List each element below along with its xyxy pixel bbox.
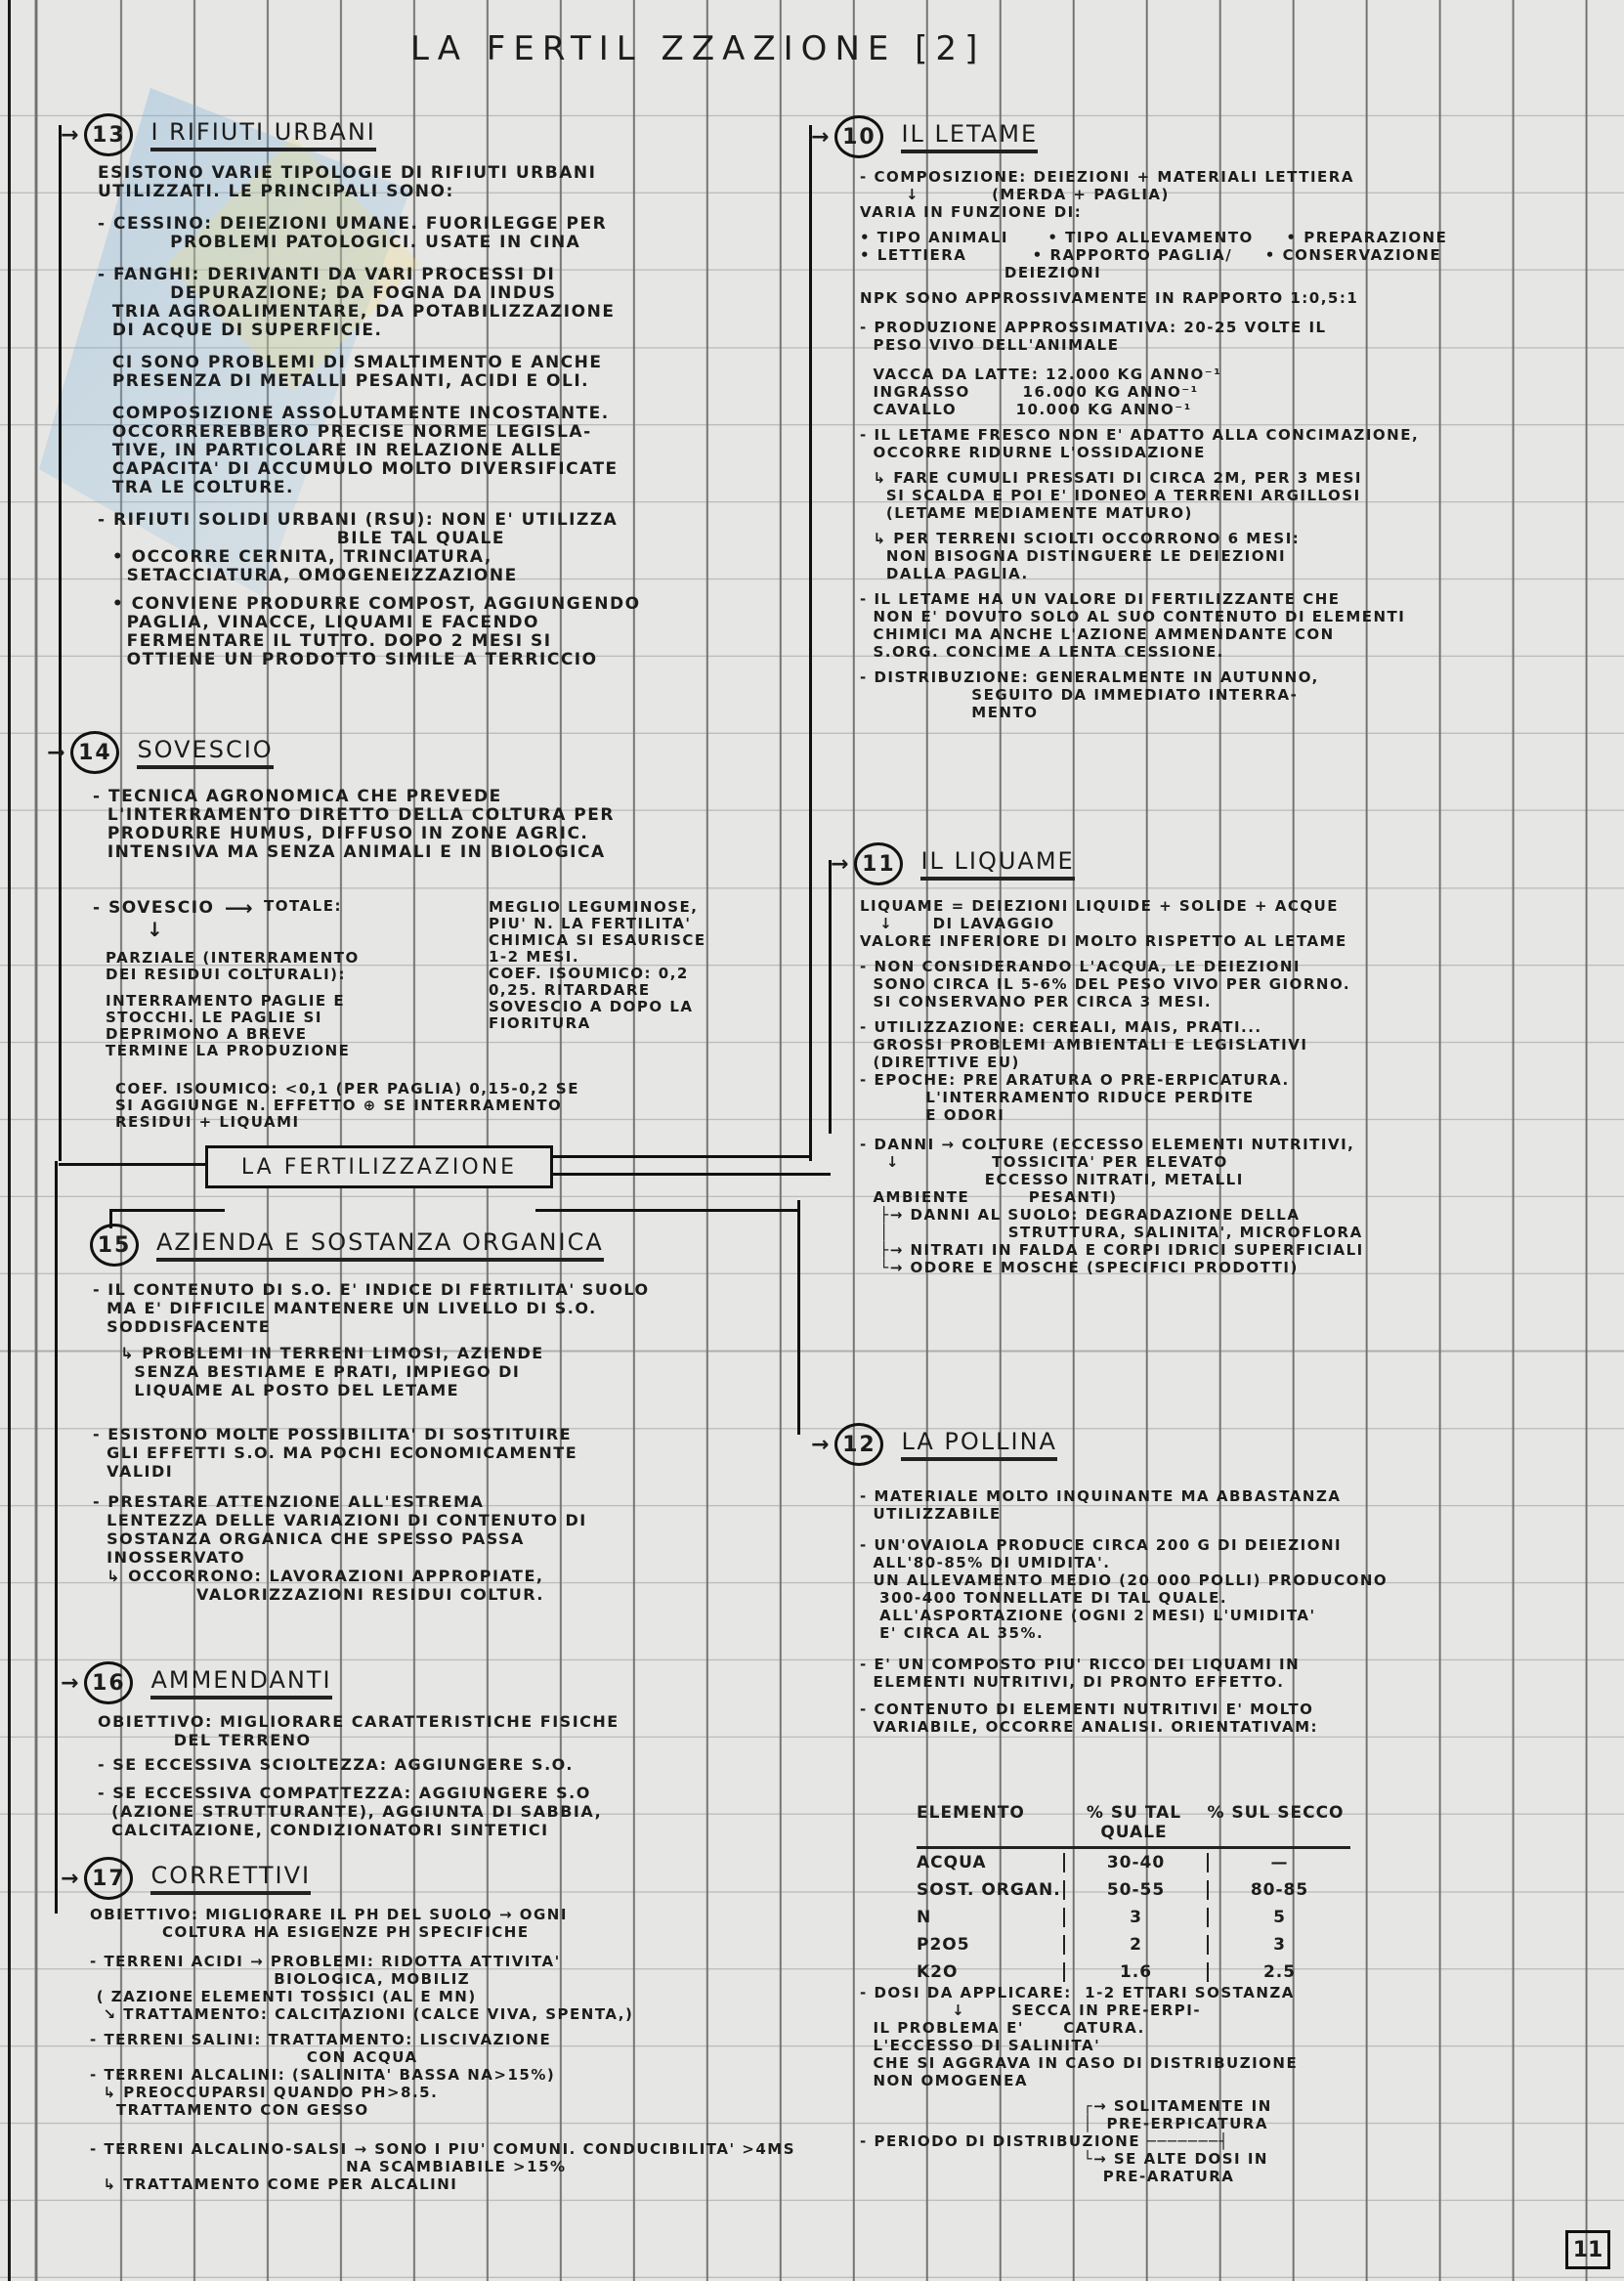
text-line: CHIMICA SI ESAURISCE (489, 932, 706, 949)
text-line: STOCCHI. LE PAGLIE SI (106, 1010, 360, 1026)
table-cell: 3 (1207, 1935, 1350, 1955)
table-cell: 2 (1063, 1935, 1207, 1955)
text-line: - IL LETAME FRESCO NON E' ADATTO ALLA CO… (860, 426, 1447, 444)
central-topic-box: LA FERTILIZZAZIONE (205, 1145, 553, 1188)
sovescio-totale-text: MEGLIO LEGUMINOSE, PIU' N. LA FERTILITA'… (489, 899, 706, 1032)
text-line: CALCITAZIONE, CONDIZIONATORI SINTETICI (98, 1821, 620, 1839)
text-line: - PRODUZIONE APPROSSIMATIVA: 20-25 VOLTE… (860, 319, 1447, 336)
text-line: BILE TAL QUALE (98, 530, 641, 548)
section-12-body: - MATERIALE MOLTO INQUINANTE MA ABBASTAN… (860, 1487, 1388, 1736)
text-line: └→ ODORE E MOSCHE (SPECIFICI PRODOTTI) (860, 1259, 1364, 1276)
text-line: IL PROBLEMA E' CATURA. (860, 2019, 1298, 2037)
text-line: DEI RESIDUI COLTURALI): (106, 967, 360, 983)
table-cell: K2O (917, 1962, 1063, 1982)
section-number-badge: 10 (834, 115, 883, 158)
text-line: LIQUAME = DEIEZIONI LIQUIDE + SOLIDE + A… (860, 897, 1364, 915)
text-line: (LETAME MEDIAMENTE MATURO) (860, 504, 1447, 522)
section-title: IL LETAME (901, 120, 1038, 153)
section-17-body: OBIETTIVO: MIGLIORARE IL PH DEL SUOLO → … (90, 1906, 795, 2193)
section-number-badge: 15 (90, 1224, 139, 1267)
text-line: TRIA AGROALIMENTARE, DA POTABILIZZAZIONE (98, 303, 641, 322)
table-cell: 1.6 (1063, 1962, 1207, 1982)
text-line: ┌→ SOLITAMENTE IN (860, 2097, 1298, 2115)
text-line: ↓ SECCA IN PRE-ERPI- (860, 2001, 1298, 2019)
text-line: UN ALLEVAMENTO MEDIO (20 000 POLLI) PROD… (860, 1571, 1388, 1589)
text-line (90, 2119, 795, 2140)
text-line: DI ACQUE DI SUPERFICIE. (98, 322, 641, 340)
text-line: ↘ TRATTAMENTO: CALCITAZIONI (CALCE VIVA,… (90, 2005, 795, 2023)
text-line: - TECNICA AGRONOMICA CHE PREVEDE (93, 788, 615, 806)
text-line: - TERRENI ALCALINI: (SALINITA' BASSA NA>… (90, 2066, 795, 2084)
text-line: NON OMOGENEA (860, 2072, 1298, 2089)
text-line: TERMINE LA PRODUZIONE (106, 1043, 360, 1059)
connector-right-liquame (829, 860, 832, 1134)
text-line: PIU' N. LA FERTILITA' (489, 916, 706, 932)
text-line: E ODORI (860, 1106, 1364, 1124)
table-header: ELEMENTO % SU TAL QUALE % SUL SECCO (917, 1803, 1350, 1849)
connector-right-trunk (809, 125, 812, 1161)
sovescio-parziale-text: PARZIALE (INTERRAMENTO DEI RESIDUI COLTU… (106, 950, 360, 1059)
table-row: ACQUA 30-40 — (917, 1849, 1350, 1876)
arrow-right-icon: → (811, 125, 831, 150)
text-line: PESO VIVO DELL'ANIMALE (860, 336, 1447, 354)
connector-to-pollina-h (535, 1209, 799, 1212)
text-line: OBIETTIVO: MIGLIORARE IL PH DEL SUOLO → … (90, 1906, 795, 1923)
text-line: SI CONSERVANO PER CIRCA 3 MESI. (860, 993, 1364, 1011)
text-line: CHE SI AGGRAVA IN CASO DI DISTRIBUZIONE (860, 2054, 1298, 2072)
text-line: ↓ (MERDA + PAGLIA) (860, 186, 1447, 203)
sovescio-diagram-root: - SOVESCIO (93, 899, 214, 918)
text-line: CI SONO PROBLEMI DI SMALTIMENTO E ANCHE (98, 354, 641, 372)
arrow-right-icon: → (831, 852, 850, 877)
table-cell: ACQUA (917, 1853, 1063, 1872)
text-line: SEGUITO DA IMMEDIATO INTERRA- (860, 686, 1447, 704)
text-line: │ PRE-ERPICATURA (860, 2115, 1298, 2132)
text-line: L'INTERRAMENTO RIDUCE PERDITE (860, 1089, 1364, 1106)
text-line: - SE ECCESSIVA SCIOLTEZZA: AGGIUNGERE S.… (98, 1755, 620, 1774)
connector-h-box-left (59, 1163, 205, 1166)
text-line: - NON CONSIDERANDO L'ACQUA, LE DEIEZIONI (860, 958, 1364, 975)
text-line: ↳ FARE CUMULI PRESSATI DI CIRCA 2m, PER … (860, 469, 1447, 487)
arrow-right-icon: → (61, 1671, 80, 1696)
table-cell: SOST. ORGAN. (917, 1880, 1063, 1900)
text-line: LIQUAME AL POSTO DEL LETAME (93, 1381, 650, 1399)
text-line: INTENSIVA MA SENZA ANIMALI E IN BIOLOGIC… (93, 843, 615, 862)
text-line: │ STRUTTURA, SALINITA', MICROFLORA (860, 1224, 1364, 1241)
text-line: PRODURRE HUMUS, DIFFUSO IN ZONE AGRIC. (93, 825, 615, 843)
text-line: - RIFIUTI SOLIDI URBANI (RSU): NON E' UT… (98, 511, 641, 530)
section-13-heading: → 13 I RIFIUTI URBANI (61, 113, 376, 156)
text-line (860, 354, 1447, 366)
table-cell: 80-85 (1207, 1880, 1350, 1900)
table-cell: P2O5 (917, 1935, 1063, 1955)
text-line: COEF. ISOUMICO: 0,2 (489, 966, 706, 982)
table-header-cell: % SUL SECCO (1205, 1803, 1346, 1842)
section-number-badge: 11 (854, 842, 903, 885)
table-header-cell: ELEMENTO (917, 1803, 1063, 1842)
table-cell: 2.5 (1207, 1962, 1350, 1982)
text-line: - PRESTARE ATTENZIONE ALL'ESTREMA (93, 1492, 650, 1511)
text-line: Na SCAMBIABILE >15% (90, 2158, 795, 2175)
section-11-body: LIQUAME = DEIEZIONI LIQUIDE + SOLIDE + A… (860, 897, 1364, 1276)
text-line: COEF. ISOUMICO: <0,1 (PER PAGLIA) 0,15-0… (115, 1081, 579, 1097)
text-line: TIVE, IN PARTICOLARE IN RELAZIONE ALLE (98, 442, 641, 460)
text-line: INGRASSO 16.000 Kg ANNO⁻¹ (860, 383, 1447, 401)
text-line: L'INTERRAMENTO DIRETTO DELLA COLTURA PER (93, 806, 615, 825)
section-15-heading: 15 AZIENDA E SOSTANZA ORGANICA (90, 1224, 604, 1267)
section-14-heading: → 14 SOVESCIO (47, 731, 274, 774)
section-number-badge: 16 (84, 1661, 133, 1704)
text-line: (AZIONE STRUTTURANTE), AGGIUNTA DI SABBI… (98, 1802, 620, 1821)
text-line: TRA LE COLTURE. (98, 479, 641, 497)
text-line: - UN'OVAIOLA PRODUCE CIRCA 200 g DI DEIE… (860, 1536, 1388, 1554)
section-title: IL LIQUAME (920, 847, 1074, 881)
text-line: ↳ PREOCCUPARSI QUANDO PH>8.5. (90, 2084, 795, 2101)
text-line: MEGLIO LEGUMINOSE, (489, 899, 706, 916)
text-line: TRATTAMENTO CON GESSO (90, 2101, 795, 2119)
section-11-heading: → 11 IL LIQUAME (831, 842, 1075, 885)
text-line: - FANGHI: DERIVANTI DA VARI PROCESSI DI (98, 266, 641, 284)
text-line: - IL LETAME HA UN VALORE DI FERTILIZZANT… (860, 590, 1447, 608)
table-cell: 30-40 (1063, 1853, 1207, 1872)
text-line: VACCA DA LATTE: 12.000 Kg ANNO⁻¹ (860, 366, 1447, 383)
sovescio-arrow: ⟶ (225, 899, 254, 918)
text-line: CAVALLO 10.000 Kg ANNO⁻¹ (860, 401, 1447, 418)
text-line: ↓ TOSSICITA' PER ELEVATO (860, 1153, 1364, 1171)
section-number-badge: 17 (84, 1857, 133, 1900)
connector-h-box-right2 (547, 1173, 831, 1176)
text-line: SOVESCIO A DOPO LA (489, 999, 706, 1015)
text-line: INTERRAMENTO PAGLIE E (106, 993, 360, 1010)
text-line: PRESENZA DI METALLI PESANTI, ACIDI E OLI… (98, 372, 641, 391)
text-line: LENTEZZA DELLE VARIAZIONI DI CONTENUTO D… (93, 1511, 650, 1529)
text-line: ELEMENTI NUTRITIVI, DI PRONTO EFFETTO. (860, 1673, 1388, 1691)
text-line: GLI EFFETTI S.O. MA POCHI ECONOMICAMENTE (93, 1443, 650, 1462)
text-line: DALLA PAGLIA. (860, 565, 1447, 582)
table-row: N 3 5 (917, 1904, 1350, 1931)
text-line: ESISTONO VARIE TIPOLOGIE DI RIFIUTI URBA… (98, 164, 641, 183)
section-12-heading: → 12 LA POLLINA (811, 1423, 1057, 1466)
text-line: - DANNI → COLTURE (ECCESSO ELEMENTI NUTR… (860, 1136, 1364, 1153)
text-line: SODDISFACENTE (93, 1317, 650, 1336)
section-16-body: OBIETTIVO: MIGLIORARE CARATTERISTICHE FI… (98, 1712, 620, 1839)
text-line: UTILIZZATI. LE PRINCIPALI SONO: (98, 183, 641, 201)
arrow-right-icon: → (61, 1867, 80, 1891)
text-line: • LETTIERA • RAPPORTO PAGLIA/ • CONSERVA… (860, 246, 1447, 264)
text-line: S.ORG. CONCIME A LENTA CESSIONE. (860, 643, 1447, 661)
table-cell: 50-55 (1063, 1880, 1207, 1900)
text-line: CAPACITA' DI ACCUMULO MOLTO DIVERSIFICAT… (98, 460, 641, 479)
text-line: - COMPOSIZIONE: DEIEZIONI + MATERIALI LE… (860, 168, 1447, 186)
text-line: SI AGGIUNGE N. EFFETTO ⊕ SE INTERRAMENTO (115, 1097, 579, 1114)
text-line: GROSSI PROBLEMI AMBIENTALI E LEGISLATIVI (860, 1036, 1364, 1054)
text-line: VALORE INFERIORE DI MOLTO RISPETTO AL LE… (860, 932, 1364, 950)
text-line: DEPRIMONO A BREVE (106, 1026, 360, 1043)
text-line: ↳ TRATTAMENTO COME PER ALCALINI (90, 2175, 795, 2193)
text-line: ALL'ASPORTAZIONE (OGNI 2 MESI) L'UMIDITA… (860, 1607, 1388, 1624)
text-line: FIORITURA (489, 1015, 706, 1032)
text-line: PRE-ARATURA (860, 2168, 1298, 2185)
text-line: COMPOSIZIONE ASSOLUTAMENTE INCOSTANTE. (98, 405, 641, 423)
text-line: - SOVESCIO (93, 899, 214, 918)
text-line: NON E' DOVUTO SOLO AL SUO CONTENUTO DI E… (860, 608, 1447, 625)
text-line: - DOSI DA APPLICARE: 1-2 ETTARI SOSTANZA (860, 1984, 1298, 2001)
text-line: DEL TERRENO (98, 1731, 620, 1749)
text-line: SI SCALDA E POI E' IDONEO A TERRENI ARGI… (860, 487, 1447, 504)
sovescio-totale-label: TOTALE: (264, 897, 342, 916)
table-cell: — (1207, 1853, 1350, 1872)
text-line: DEPURAZIONE; DA FOGNA DA INDUS (98, 284, 641, 303)
text-line: ALL'80-85% DI UMIDITA'. (860, 1554, 1388, 1571)
text-line: 1-2 MESI. (489, 949, 706, 966)
text-line: OCCORRE RIDURNE L'OSSIDAZIONE (860, 444, 1447, 461)
pollina-nutrient-table: ELEMENTO % SU TAL QUALE % SUL SECCO ACQU… (917, 1803, 1350, 1986)
text-line: PARZIALE (INTERRAMENTO (106, 950, 360, 967)
connector-left-trunk-inner (35, 125, 38, 1161)
text-line: - PERIODO DI DISTRIBUZIONE ───────┤ (860, 2132, 1298, 2150)
text-line: VARIABILE, OCCORRE ANALISI. ORIENTATIVAM… (860, 1718, 1388, 1736)
text-line: - SE ECCESSIVA COMPATTEZZA: AGGIUNGERE S… (98, 1784, 620, 1802)
text-line: CON ACQUA (90, 2048, 795, 2066)
section-10-body: - COMPOSIZIONE: DEIEZIONI + MATERIALI LE… (860, 168, 1447, 721)
text-line: PROBLEMI PATOLOGICI. USATE IN CINA (98, 234, 641, 252)
text-line: MENTO (860, 704, 1447, 721)
text-line: - MATERIALE MOLTO INQUINANTE MA ABBASTAN… (860, 1487, 1388, 1505)
margin-line (8, 0, 11, 2281)
text-line: - TERRENI SALINI: TRATTAMENTO: LISCIVAZI… (90, 2031, 795, 2048)
section-title: CORRETTIVI (150, 1862, 311, 1895)
connector-left-bottom-trunk (55, 1161, 58, 1914)
connector-h-box-right (547, 1155, 811, 1158)
text-line: ECCESSO NITRATI, METALLI (860, 1171, 1364, 1188)
text-line: - TERRENI ALCALINO-SALSI → SONO I PIU' C… (90, 2140, 795, 2158)
text-line: OCCORREREBBERO PRECISE NORME LEGISLA- (98, 423, 641, 442)
section-16-heading: → 16 AMMENDANTI (61, 1661, 332, 1704)
text-line: VALORIZZAZIONI RESIDUI COLTUR. (93, 1585, 650, 1604)
text-line: OBIETTIVO: MIGLIORARE CARATTERISTICHE FI… (98, 1712, 620, 1731)
text-line: VALIDI (93, 1462, 650, 1481)
text-line: L'ECCESSO DI SALINITA' (860, 2037, 1298, 2054)
table-row: P2O5 2 3 (917, 1931, 1350, 1958)
section-number-badge: 13 (84, 113, 133, 156)
text-line: INOSSERVATO (93, 1548, 650, 1567)
text-line: ↓ DI LAVAGGIO (860, 915, 1364, 932)
table-header-cell: % SU TAL QUALE (1063, 1803, 1205, 1842)
text-line: CHIMICI MA ANCHE L'AZIONE AMMENDANTE CON (860, 625, 1447, 643)
page-title: LA FERTIL ZZAZIONE [2] (410, 29, 985, 68)
text-line: ( ZAZIONE ELEMENTI TOSSICI (Al e Mn) (90, 1988, 795, 2005)
text-line: SETACCIATURA, OMOGENEIZZAZIONE (98, 567, 641, 585)
section-10-heading: → 10 IL LETAME (811, 115, 1038, 158)
text-line: ↳ OCCORRONO: LAVORAZIONI APPROPIATE, (93, 1567, 650, 1585)
text-line: ├→ NITRATI IN FALDA E CORPI IDRICI SUPER… (860, 1241, 1364, 1259)
section-title: AMMENDANTI (150, 1666, 331, 1700)
text-line: ↳ PROBLEMI IN TERRENI LIMOSI, AZIENDE (93, 1344, 650, 1362)
text-line: RESIDUI + LIQUAMI (115, 1114, 579, 1131)
text-line: • CONVIENE PRODURRE COMPOST, AGGIUNGENDO (98, 595, 641, 614)
section-15-body: - IL CONTENUTO DI S.O. E' INDICE DI FERT… (93, 1280, 650, 1604)
text-line: NPK SONO APPROSSIVAMENTE IN RAPPORTO 1:0… (860, 289, 1447, 307)
text-line: UTILIZZABILE (860, 1505, 1388, 1523)
text-line: - EPOCHE: PRE ARATURA O PRE-ERPICATURA. (860, 1071, 1364, 1089)
text-line: AMBIENTE PESANTI) (860, 1188, 1364, 1206)
text-line: MA E' DIFFICILE MANTENERE UN LIVELLO DI … (93, 1299, 650, 1317)
text-line: - CESSINO: DEIEZIONI UMANE. FUORILEGGE P… (98, 215, 641, 234)
sovescio-coef: COEF. ISOUMICO: <0,1 (PER PAGLIA) 0,15-0… (115, 1081, 579, 1131)
text-line: SOSTANZA ORGANICA CHE SPESSO PASSA (93, 1529, 650, 1548)
text-line: - DISTRIBUZIONE: GENERALMENTE IN AUTUNNO… (860, 668, 1447, 686)
text-line: COLTURA HA ESIGENZE PH SPECIFICHE (90, 1923, 795, 1941)
text-line: SONO CIRCA IL 5-6% DEL PESO VIVO PER GIO… (860, 975, 1364, 993)
table-row: K2O 1.6 2.5 (917, 1958, 1350, 1986)
text-line: 300-400 TONNELLATE DI TAL QUALE. (860, 1589, 1388, 1607)
sovescio-down-arrow: ↓ (147, 921, 164, 939)
text-line: VARIA IN FUNZIONE DI: (860, 203, 1447, 221)
section-17-heading: → 17 CORRETTIVI (61, 1857, 311, 1900)
text-line: - CONTENUTO DI ELEMENTI NUTRITIVI E' MOL… (860, 1700, 1388, 1718)
section-title: LA POLLINA (901, 1428, 1057, 1461)
text-line: 0,25. RITARDARE (489, 982, 706, 999)
text-line: PAGLIA, VINACCE, LIQUAMI E FACENDO (98, 614, 641, 632)
section-number-badge: 12 (834, 1423, 883, 1466)
section-14-body: - TECNICA AGRONOMICA CHE PREVEDE L'INTER… (93, 788, 615, 862)
section-12-after-table: - DOSI DA APPLICARE: 1-2 ETTARI SOSTANZA… (860, 1984, 1298, 2185)
text-line: - UTILIZZAZIONE: CEREALI, MAIS, PRATI... (860, 1018, 1364, 1036)
text-line: ├→ DANNI AL SUOLO: DEGRADAZIONE DELLA (860, 1206, 1364, 1224)
text-line: - TERRENI ACIDI → PROBLEMI: RIDOTTA ATTI… (90, 1953, 795, 1970)
section-title: SOVESCIO (137, 736, 273, 769)
page-number-badge: 11 (1565, 2230, 1610, 2269)
arrow-right-icon: → (47, 741, 66, 765)
section-13-body: ESISTONO VARIE TIPOLOGIE DI RIFIUTI URBA… (98, 164, 641, 669)
section-number-badge: 14 (70, 731, 119, 774)
text-line: - IL CONTENUTO DI S.O. E' INDICE DI FERT… (93, 1280, 650, 1299)
text-line: - E' UN COMPOSTO PIU' RICCO DEI LIQUAMI … (860, 1656, 1388, 1673)
text-line (860, 307, 1447, 319)
connector-to-15 (109, 1209, 225, 1212)
text-line (93, 1399, 650, 1425)
text-line: NON BISOGNA DISTINGUERE LE DEIEZIONI (860, 547, 1447, 565)
text-line: └→ SE ALTE DOSI IN (860, 2150, 1298, 2168)
text-line: E' CIRCA AL 35%. (860, 1624, 1388, 1642)
text-line: - ESISTONO MOLTE POSSIBILITA' DI SOSTITU… (93, 1425, 650, 1443)
section-title: I RIFIUTI URBANI (150, 118, 375, 151)
table-cell: N (917, 1908, 1063, 1927)
text-line: (DIRETTIVE EU) (860, 1054, 1364, 1071)
arrow-right-icon: → (61, 123, 80, 148)
text-line: BIOLOGICA, MOBILIZ (90, 1970, 795, 1988)
text-line: DEIEZIONI (860, 264, 1447, 281)
text-line: FERMENTARE IL TUTTO. DOPO 2 MESI SI (98, 632, 641, 651)
text-line: SENZA BESTIAME E PRATI, IMPIEGO DI (93, 1362, 650, 1381)
table-row: SOST. ORGAN. 50-55 80-85 (917, 1876, 1350, 1904)
text-line: • OCCORRE CERNITA, TRINCIATURA, (98, 548, 641, 567)
connector-left-trunk (59, 125, 62, 1161)
section-title: AZIENDA E SOSTANZA ORGANICA (156, 1228, 604, 1262)
arrow-right-icon: → (811, 1433, 831, 1457)
connector-to-pollina-v (797, 1209, 800, 1434)
table-cell: 5 (1207, 1908, 1350, 1927)
text-line: OTTIENE UN PRODOTTO SIMILE A TERRICCIO (98, 651, 641, 669)
text-line: • TIPO ANIMALI • TIPO ALLEVAMENTO • PREP… (860, 229, 1447, 246)
text-line: ↳ PER TERRENI SCIOLTI OCCORRONO 6 MESI: (860, 530, 1447, 547)
table-cell: 3 (1063, 1908, 1207, 1927)
